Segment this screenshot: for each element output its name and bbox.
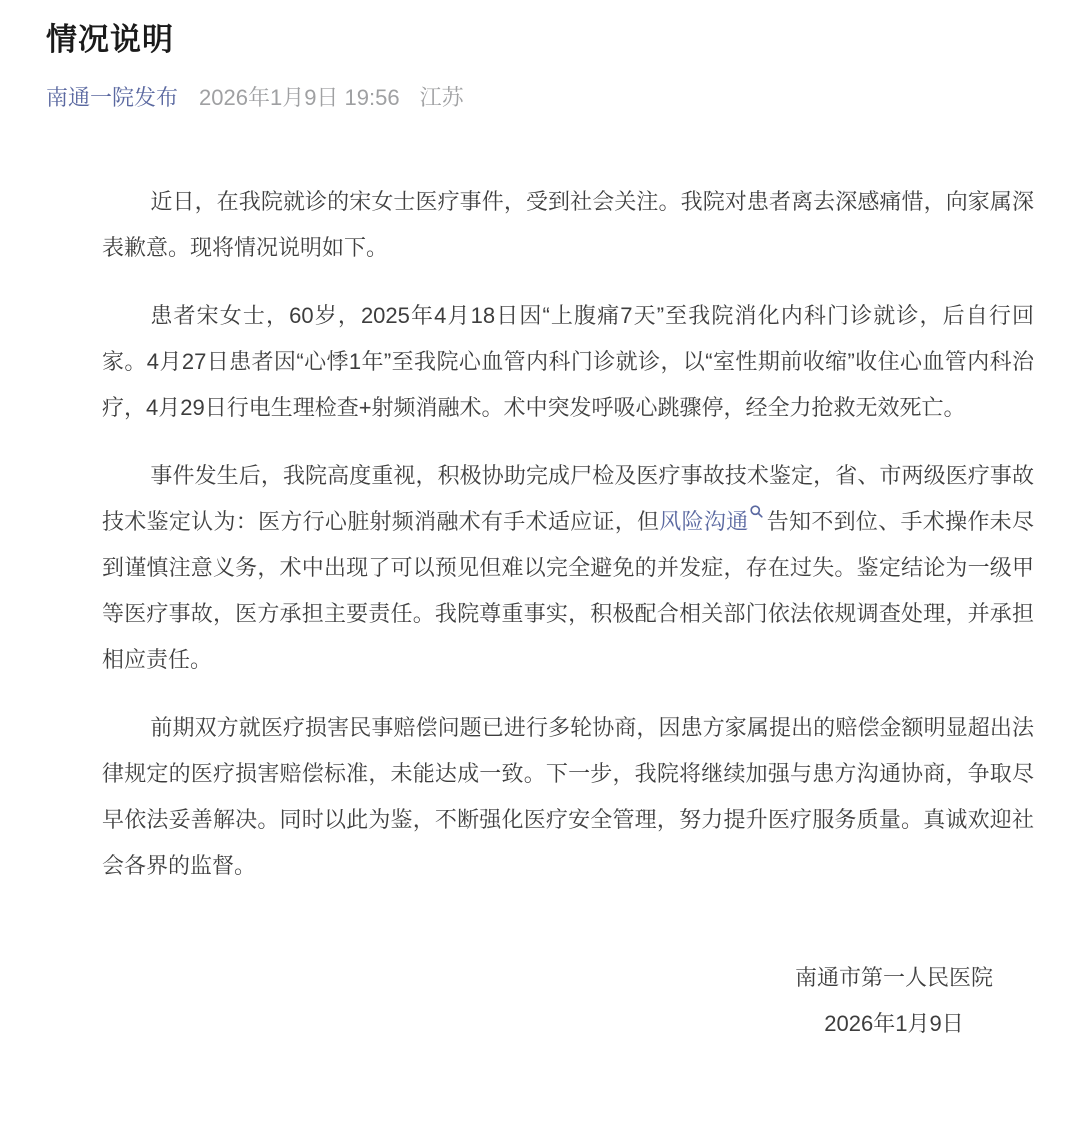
article-body: 近日，在我院就诊的宋女士医疗事件，受到社会关注。我院对患者离去深感痛惜，向家属深… <box>102 179 1034 1047</box>
paragraph-patient-history: 患者宋女士，60岁，2025年4月18日因“上腹痛7天”至我院消化内科门诊就诊，… <box>102 293 1034 431</box>
paragraph-investigation: 事件发生后，我院高度重视，积极协助完成尸检及医疗事故技术鉴定，省、市两级医疗事故… <box>102 453 1034 683</box>
publisher-link[interactable]: 南通一院发布 <box>46 85 178 110</box>
publish-location: 江苏 <box>420 85 464 110</box>
search-icon <box>749 504 764 519</box>
page-title: 情况说明 <box>46 22 1034 58</box>
paragraph-intro: 近日，在我院就诊的宋女士医疗事件，受到社会关注。我院对患者离去深感痛惜，向家属深… <box>102 179 1034 271</box>
signature-block: 南通市第一人民医院 2026年1月9日 <box>795 955 993 1047</box>
byline: 南通一院发布2026年1月9日 19:56江苏 <box>46 84 1034 112</box>
paragraph-compensation: 前期双方就医疗损害民事赔偿问题已进行多轮协商，因患方家属提出的赔偿金额明显超出法… <box>102 705 1034 889</box>
topic-search-link[interactable]: 风险沟通 <box>659 509 766 534</box>
topic-search-link-text: 风险沟通 <box>659 509 748 534</box>
publish-datetime: 2026年1月9日 19:56 <box>199 85 400 110</box>
signature-hospital-name: 南通市第一人民医院 <box>795 955 993 1001</box>
article-page: 情况说明 南通一院发布2026年1月9日 19:56江苏 近日，在我院就诊的宋女… <box>0 0 1080 1140</box>
signature-date: 2026年1月9日 <box>795 1001 993 1047</box>
